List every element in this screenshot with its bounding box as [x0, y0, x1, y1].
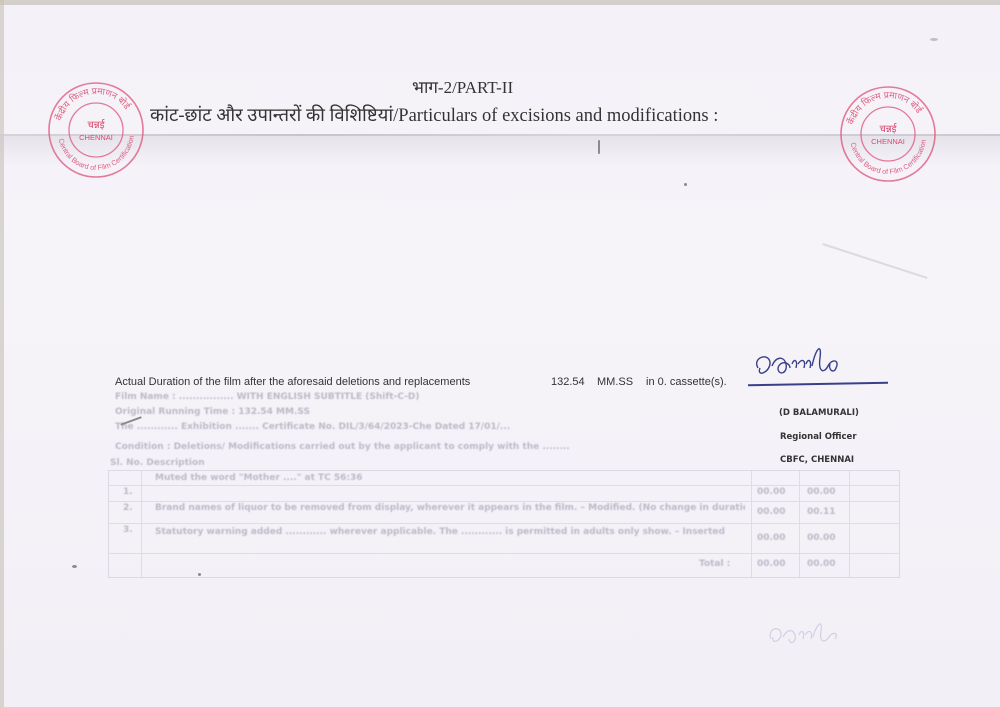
duration-unit: MM.SS [597, 376, 633, 388]
ghost-cell: 00.00 [807, 533, 835, 543]
section-heading: कांट-छांट और उपान्तरों की विशिष्टियां/Pa… [150, 102, 718, 127]
ghost-cell: 00.00 [757, 533, 785, 543]
ghost-cell: 00.00 [807, 559, 835, 569]
scan-mark [198, 573, 201, 576]
ghost-sl: 1. [123, 487, 133, 497]
duration-cassettes: in 0. cassette(s). [646, 376, 727, 388]
ghost-sl: 2. [123, 503, 133, 513]
svg-text:चन्नई: चन्नई [88, 119, 106, 131]
svg-text:CHENNAI: CHENNAI [79, 133, 113, 142]
cbfc-stamp-right: केंद्रीय फिल्म प्रमाणन बोर्ड Central Boa… [838, 84, 938, 184]
scan-mark [822, 243, 927, 278]
paper-left-edge [0, 0, 4, 707]
ghost-line: Original Running Time : 132.54 MM.SS [115, 407, 310, 417]
ghost-signature-icon [765, 615, 875, 655]
duration-label: Actual Duration of the film after the af… [115, 376, 470, 388]
ghost-cell: 00.00 [757, 559, 785, 569]
ghost-modifications-table: 1. Muted the word "Mother ...." at TC 56… [108, 470, 900, 578]
ghost-line: Sl. No. Description [110, 458, 205, 468]
cbfc-stamp-left: केंद्रीय फिल्म प्रमाणन बोर्ड Central Boa… [46, 80, 146, 180]
paper-top-edge [0, 0, 1000, 5]
ghost-cell: 00.00 [807, 487, 835, 497]
stamp-seal-icon: केंद्रीय फिल्म प्रमाणन बोर्ड Central Boa… [838, 84, 938, 184]
svg-text:चन्नई: चन्नई [880, 123, 898, 135]
scan-mark [930, 38, 938, 41]
stamp-seal-icon: केंद्रीय फिल्म प्रमाणन बोर्ड Central Boa… [46, 80, 146, 180]
ghost-cell: 00.00 [757, 487, 785, 497]
ghost-desc: Statutory warning added ............ whe… [155, 527, 725, 537]
scan-mark [72, 565, 77, 568]
scan-mark [598, 140, 600, 154]
ghost-total-label: Total : [699, 559, 730, 569]
svg-text:CHENNAI: CHENNAI [871, 137, 905, 146]
signatory-name: (D BALAMURALI) [779, 408, 859, 418]
ghost-cell: 00.00 [757, 507, 785, 517]
signatory-designation: Regional Officer [780, 432, 857, 442]
duration-value: 132.54 [551, 376, 585, 388]
ghost-sl: 3. [123, 525, 133, 535]
ghost-desc: Muted the word "Mother ...." at TC 56:36 [155, 473, 363, 483]
certificate-page: Film Name : ................ WITH ENGLIS… [0, 0, 1000, 707]
part-title: भाग-2/PART-II [412, 75, 513, 98]
ghost-line: Condition : Deletions/ Modifications car… [115, 442, 570, 452]
ghost-desc: Brand names of liquor to be removed from… [155, 503, 745, 513]
signatory-office: CBFC, CHENNAI [780, 455, 854, 465]
scan-mark [684, 183, 687, 186]
ghost-line: Film Name : ................ WITH ENGLIS… [115, 392, 419, 402]
ghost-line: The ............ Exhibition ....... Cert… [115, 422, 510, 432]
ghost-cell: 00.11 [807, 507, 835, 517]
